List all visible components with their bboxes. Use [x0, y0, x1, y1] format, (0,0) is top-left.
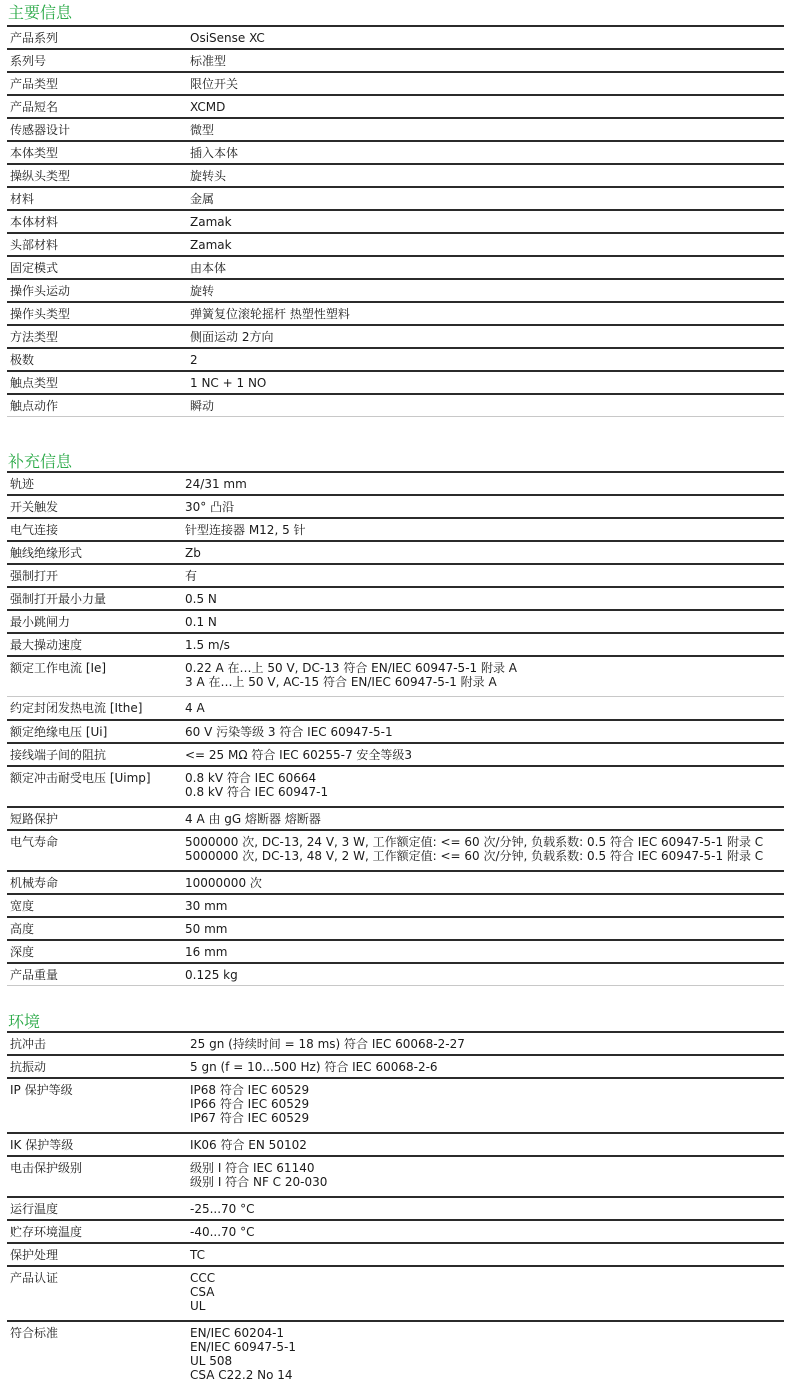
- table-row: 材料金属: [7, 186, 784, 209]
- row-value: 4 A: [185, 701, 205, 715]
- value-line: 5000000 次, DC-13, 24 V, 3 W, 工作额定值: <= 6…: [185, 835, 763, 849]
- row-label: 操纵头类型: [10, 169, 70, 183]
- value-line: 30° 凸沿: [185, 500, 234, 514]
- table-row: 深度16 mm: [7, 939, 784, 962]
- row-value: TC: [190, 1248, 205, 1262]
- row-value: Zamak: [190, 215, 232, 229]
- value-line: CSA C22.2 No 14: [190, 1368, 296, 1382]
- row-value: 16 mm: [185, 945, 227, 959]
- row-value: 10000000 次: [185, 876, 262, 890]
- value-line: 3 A 在…上 50 V, AC-15 符合 EN/IEC 60947-5-1 …: [185, 675, 517, 689]
- row-label: 操作头运动: [10, 284, 70, 298]
- table-row: 抗振动5 gn (f = 10...500 Hz) 符合 IEC 60068-2…: [7, 1054, 784, 1077]
- value-line: 4 A 由 gG 熔断器 熔断器: [185, 812, 321, 826]
- value-line: CSA: [190, 1285, 215, 1299]
- table-row: 强制打开有: [7, 563, 784, 586]
- row-label: 产品系列: [10, 31, 58, 45]
- row-label: 运行温度: [10, 1202, 58, 1216]
- value-line: UL 508: [190, 1354, 296, 1368]
- row-label: 传感器设计: [10, 123, 70, 137]
- value-line: 24/31 mm: [185, 477, 247, 491]
- row-value: Zb: [185, 546, 201, 560]
- row-label: 额定冲击耐受电压 [Uimp]: [10, 771, 151, 785]
- row-label: 方法类型: [10, 330, 58, 344]
- section-title: 环境: [8, 1011, 40, 1033]
- row-label: IP 保护等级: [10, 1083, 73, 1097]
- table-row: 触点类型1 NC + 1 NO: [7, 370, 784, 393]
- value-line: 金属: [190, 192, 214, 206]
- value-line: 限位开关: [190, 77, 238, 91]
- value-line: Zamak: [190, 215, 232, 229]
- row-label: 本体材料: [10, 215, 58, 229]
- table-row: 本体类型插入本体: [7, 140, 784, 163]
- row-label: 产品重量: [10, 968, 58, 982]
- table-row: 头部材料Zamak: [7, 232, 784, 255]
- value-line: 0.22 A 在…上 50 V, DC-13 符合 EN/IEC 60947-5…: [185, 661, 517, 675]
- row-label: 高度: [10, 922, 34, 936]
- value-line: 50 mm: [185, 922, 227, 936]
- row-value: <= 25 MΩ 符合 IEC 60255-7 安全等级3: [185, 748, 412, 762]
- value-line: UL: [190, 1299, 215, 1313]
- table-row: 触点动作瞬动: [7, 393, 784, 416]
- row-label: 贮存环境温度: [10, 1225, 82, 1239]
- value-line: TC: [190, 1248, 205, 1262]
- row-label: 产品认证: [10, 1271, 58, 1285]
- table-row: 轨迹24/31 mm: [7, 471, 784, 494]
- table-row: 固定模式由本体: [7, 255, 784, 278]
- row-label: 符合标准: [10, 1326, 58, 1340]
- row-value: 30 mm: [185, 899, 227, 913]
- row-label: 电击保护级别: [10, 1161, 82, 1175]
- row-label: 触点类型: [10, 376, 58, 390]
- section-title: 主要信息: [8, 2, 72, 24]
- value-line: 0.125 kg: [185, 968, 238, 982]
- value-line: 弹簧复位滚轮摇杆 热塑性塑料: [190, 307, 350, 321]
- value-line: <= 25 MΩ 符合 IEC 60255-7 安全等级3: [185, 748, 412, 762]
- row-label: 系列号: [10, 54, 46, 68]
- table-row: 机械寿命10000000 次: [7, 870, 784, 893]
- table-row: 电气连接针型连接器 M12, 5 针: [7, 517, 784, 540]
- value-line: XCMD: [190, 100, 225, 114]
- value-line: -40...70 °C: [190, 1225, 255, 1239]
- row-label: IK 保护等级: [10, 1138, 73, 1152]
- row-value: 4 A 由 gG 熔断器 熔断器: [185, 812, 321, 826]
- table-row: 电击保护级别级别 I 符合 IEC 61140级别 I 符合 NF C 20-0…: [7, 1155, 784, 1196]
- table-row: 产品短名XCMD: [7, 94, 784, 117]
- row-label: 轨迹: [10, 477, 34, 491]
- value-line: IP67 符合 IEC 60529: [190, 1111, 309, 1125]
- row-value: 金属: [190, 192, 214, 206]
- row-value: -25...70 °C: [190, 1202, 255, 1216]
- row-value: 0.125 kg: [185, 968, 238, 982]
- value-line: 0.1 N: [185, 615, 217, 629]
- row-value: OsiSense XC: [190, 31, 265, 45]
- row-value: 25 gn (持续时间 = 18 ms) 符合 IEC 60068-2-27: [190, 1037, 465, 1051]
- value-line: IK06 符合 EN 50102: [190, 1138, 307, 1152]
- value-line: IP66 符合 IEC 60529: [190, 1097, 309, 1111]
- value-line: 标准型: [190, 54, 226, 68]
- table-row: 开关触发30° 凸沿: [7, 494, 784, 517]
- row-label: 本体类型: [10, 146, 58, 160]
- row-label: 产品短名: [10, 100, 58, 114]
- row-label: 电气连接: [10, 523, 58, 537]
- value-line: 10000000 次: [185, 876, 262, 890]
- table-row: IK 保护等级IK06 符合 EN 50102: [7, 1132, 784, 1155]
- row-label: 触线绝缘形式: [10, 546, 82, 560]
- value-line: 0.8 kV 符合 IEC 60947-1: [185, 785, 328, 799]
- value-line: OsiSense XC: [190, 31, 265, 45]
- table-row: 操作头类型弹簧复位滚轮摇杆 热塑性塑料: [7, 301, 784, 324]
- row-value: 0.8 kV 符合 IEC 606640.8 kV 符合 IEC 60947-1: [185, 771, 328, 799]
- row-label: 接线端子间的阻抗: [10, 748, 106, 762]
- value-line: 插入本体: [190, 146, 238, 160]
- table-row: 产品系列OsiSense XC: [7, 25, 784, 48]
- value-line: 由本体: [190, 261, 226, 275]
- row-label: 触点动作: [10, 399, 58, 413]
- value-line: EN/IEC 60947-5-1: [190, 1340, 296, 1354]
- row-value: CCCCSAUL: [190, 1271, 215, 1313]
- value-line: 瞬动: [190, 399, 214, 413]
- row-label: 保护处理: [10, 1248, 58, 1262]
- row-value: 由本体: [190, 261, 226, 275]
- row-label: 宽度: [10, 899, 34, 913]
- row-value: 旋转: [190, 284, 214, 298]
- row-label: 固定模式: [10, 261, 58, 275]
- row-value: 级别 I 符合 IEC 61140级别 I 符合 NF C 20-030: [190, 1161, 327, 1189]
- section-title: 补充信息: [8, 451, 72, 473]
- row-label: 电气寿命: [10, 835, 58, 849]
- table-row: 产品认证CCCCSAUL: [7, 1265, 784, 1320]
- value-line: 1 NC + 1 NO: [190, 376, 266, 390]
- row-value: 2: [190, 353, 198, 367]
- row-value: XCMD: [190, 100, 225, 114]
- value-line: CCC: [190, 1271, 215, 1285]
- table-row: 运行温度-25...70 °C: [7, 1196, 784, 1219]
- value-line: 旋转头: [190, 169, 226, 183]
- value-line: 级别 I 符合 IEC 61140: [190, 1161, 327, 1175]
- row-label: 材料: [10, 192, 34, 206]
- row-value: 30° 凸沿: [185, 500, 234, 514]
- value-line: 旋转: [190, 284, 214, 298]
- row-label: 强制打开: [10, 569, 58, 583]
- row-value: 限位开关: [190, 77, 238, 91]
- row-label: 强制打开最小力量: [10, 592, 106, 606]
- value-line: 25 gn (持续时间 = 18 ms) 符合 IEC 60068-2-27: [190, 1037, 465, 1051]
- value-line: 30 mm: [185, 899, 227, 913]
- table-row: 宽度30 mm: [7, 893, 784, 916]
- row-label: 额定工作电流 [Ie]: [10, 661, 106, 675]
- spec-table: 产品系列OsiSense XC系列号标准型产品类型限位开关产品短名XCMD传感器…: [7, 25, 784, 417]
- table-row: 最小跳闸力0.1 N: [7, 609, 784, 632]
- table-row: 强制打开最小力量0.5 N: [7, 586, 784, 609]
- row-label: 约定封闭发热电流 [Ithe]: [10, 701, 142, 715]
- table-row: 短路保护4 A 由 gG 熔断器 熔断器: [7, 806, 784, 829]
- table-row: 传感器设计微型: [7, 117, 784, 140]
- table-row: 本体材料Zamak: [7, 209, 784, 232]
- row-value: 5000000 次, DC-13, 24 V, 3 W, 工作额定值: <= 6…: [185, 835, 763, 863]
- value-line: -25...70 °C: [190, 1202, 255, 1216]
- table-row: 额定绝缘电压 [Ui]60 V 污染等级 3 符合 IEC 60947-5-1: [7, 719, 784, 742]
- value-line: 16 mm: [185, 945, 227, 959]
- row-value: -40...70 °C: [190, 1225, 255, 1239]
- row-label: 操作头类型: [10, 307, 70, 321]
- row-label: 抗冲击: [10, 1037, 46, 1051]
- row-value: 0.1 N: [185, 615, 217, 629]
- value-line: 有: [185, 569, 197, 583]
- row-label: 头部材料: [10, 238, 58, 252]
- row-value: 5 gn (f = 10...500 Hz) 符合 IEC 60068-2-6: [190, 1060, 438, 1074]
- row-value: 侧面运动 2方向: [190, 330, 273, 344]
- spec-table: 抗冲击25 gn (持续时间 = 18 ms) 符合 IEC 60068-2-2…: [7, 1031, 784, 1387]
- row-label: 产品类型: [10, 77, 58, 91]
- row-value: 弹簧复位滚轮摇杆 热塑性塑料: [190, 307, 350, 321]
- row-value: 有: [185, 569, 197, 583]
- row-value: 插入本体: [190, 146, 238, 160]
- value-line: IP68 符合 IEC 60529: [190, 1083, 309, 1097]
- row-value: 0.5 N: [185, 592, 217, 606]
- row-value: 瞬动: [190, 399, 214, 413]
- row-label: 极数: [10, 353, 34, 367]
- row-value: EN/IEC 60204-1EN/IEC 60947-5-1UL 508CSA …: [190, 1326, 296, 1382]
- row-value: 微型: [190, 123, 214, 137]
- table-row: 保护处理TC: [7, 1242, 784, 1265]
- row-value: 旋转头: [190, 169, 226, 183]
- row-label: 短路保护: [10, 812, 58, 826]
- table-row: 电气寿命5000000 次, DC-13, 24 V, 3 W, 工作额定值: …: [7, 829, 784, 870]
- value-line: Zamak: [190, 238, 232, 252]
- row-label: 机械寿命: [10, 876, 58, 890]
- spec-table: 轨迹24/31 mm开关触发30° 凸沿电气连接针型连接器 M12, 5 针触线…: [7, 471, 784, 986]
- table-row: 高度50 mm: [7, 916, 784, 939]
- table-row: 约定封闭发热电流 [Ithe]4 A: [7, 696, 784, 719]
- row-label: 开关触发: [10, 500, 58, 514]
- row-label: 额定绝缘电压 [Ui]: [10, 725, 107, 739]
- row-value: 1 NC + 1 NO: [190, 376, 266, 390]
- value-line: 微型: [190, 123, 214, 137]
- table-row: 方法类型侧面运动 2方向: [7, 324, 784, 347]
- row-label: 最大操动速度: [10, 638, 82, 652]
- table-row: 操作头运动旋转: [7, 278, 784, 301]
- value-line: 60 V 污染等级 3 符合 IEC 60947-5-1: [185, 725, 393, 739]
- value-line: 针型连接器 M12, 5 针: [185, 523, 306, 537]
- table-row: 最大操动速度1.5 m/s: [7, 632, 784, 655]
- value-line: 0.5 N: [185, 592, 217, 606]
- value-line: 4 A: [185, 701, 205, 715]
- row-value: 标准型: [190, 54, 226, 68]
- row-value: 50 mm: [185, 922, 227, 936]
- value-line: 侧面运动 2方向: [190, 330, 273, 344]
- value-line: 级别 I 符合 NF C 20-030: [190, 1175, 327, 1189]
- row-value: IP68 符合 IEC 60529IP66 符合 IEC 60529IP67 符…: [190, 1083, 309, 1125]
- row-value: IK06 符合 EN 50102: [190, 1138, 307, 1152]
- row-value: Zamak: [190, 238, 232, 252]
- value-line: 0.8 kV 符合 IEC 60664: [185, 771, 328, 785]
- row-value: 0.22 A 在…上 50 V, DC-13 符合 EN/IEC 60947-5…: [185, 661, 517, 689]
- table-row: 抗冲击25 gn (持续时间 = 18 ms) 符合 IEC 60068-2-2…: [7, 1031, 784, 1054]
- value-line: 5000000 次, DC-13, 48 V, 2 W, 工作额定值: <= 6…: [185, 849, 763, 863]
- row-value: 24/31 mm: [185, 477, 247, 491]
- table-row: 产品重量0.125 kg: [7, 962, 784, 985]
- row-label: 抗振动: [10, 1060, 46, 1074]
- value-line: EN/IEC 60204-1: [190, 1326, 296, 1340]
- value-line: 5 gn (f = 10...500 Hz) 符合 IEC 60068-2-6: [190, 1060, 438, 1074]
- section-end-divider: [7, 416, 784, 417]
- table-row: 极数2: [7, 347, 784, 370]
- table-row: 额定冲击耐受电压 [Uimp]0.8 kV 符合 IEC 606640.8 kV…: [7, 765, 784, 806]
- section-end-divider: [7, 985, 784, 986]
- value-line: Zb: [185, 546, 201, 560]
- row-label: 最小跳闸力: [10, 615, 70, 629]
- table-row: 触线绝缘形式Zb: [7, 540, 784, 563]
- table-row: 接线端子间的阻抗<= 25 MΩ 符合 IEC 60255-7 安全等级3: [7, 742, 784, 765]
- row-value: 1.5 m/s: [185, 638, 230, 652]
- table-row: 额定工作电流 [Ie]0.22 A 在…上 50 V, DC-13 符合 EN/…: [7, 655, 784, 696]
- table-row: 符合标准EN/IEC 60204-1EN/IEC 60947-5-1UL 508…: [7, 1320, 784, 1387]
- row-label: 深度: [10, 945, 34, 959]
- table-row: 操纵头类型旋转头: [7, 163, 784, 186]
- table-row: 贮存环境温度-40...70 °C: [7, 1219, 784, 1242]
- value-line: 1.5 m/s: [185, 638, 230, 652]
- table-row: 系列号标准型: [7, 48, 784, 71]
- value-line: 2: [190, 353, 198, 367]
- row-value: 针型连接器 M12, 5 针: [185, 523, 306, 537]
- table-row: 产品类型限位开关: [7, 71, 784, 94]
- table-row: IP 保护等级IP68 符合 IEC 60529IP66 符合 IEC 6052…: [7, 1077, 784, 1132]
- row-value: 60 V 污染等级 3 符合 IEC 60947-5-1: [185, 725, 393, 739]
